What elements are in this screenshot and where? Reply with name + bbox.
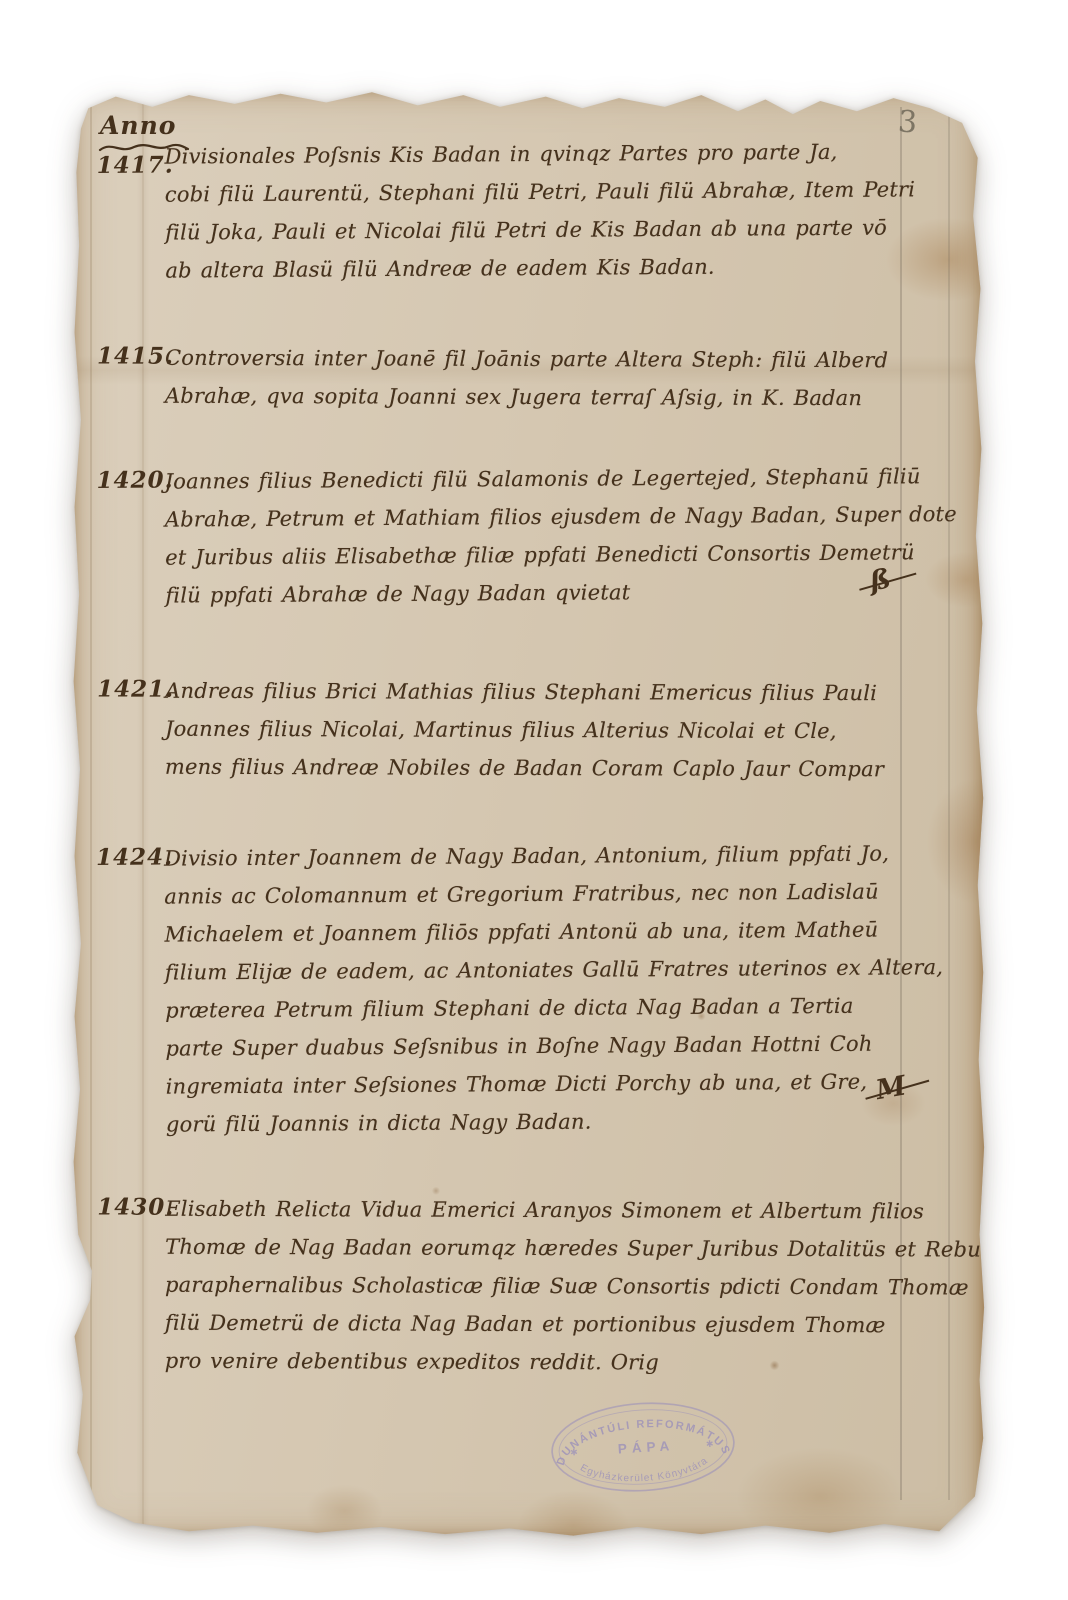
entry-line: præterea Petrum filium Stephani de dicta… [165,986,900,1029]
entry-line: ab altera Blasü filü Andreæ de eadem Kis… [165,246,900,289]
entry-year: 1417. [97,152,174,180]
entry-line: Divisio inter Joannem de Nagy Badan, Ant… [164,834,899,877]
entry-line: Andreas filius Brici Mathias filius Step… [165,672,900,713]
entry-line: Abrahæ, qva sopita Joanni sex Jugera ter… [165,377,900,418]
stamp-middle-text: PÁPA [617,1438,674,1456]
margin-strike-mark: M [874,1071,907,1106]
entry-line: annis ac Colomannum et Gregorium Fratrib… [164,872,899,915]
entry-line: filium Elijæ de eadem, ac Antoniates Gal… [165,948,900,991]
stamp-bottom-text: Egyházkerület Könyvtára [578,1455,712,1488]
register-entry-1424: 1424. Divisio inter Joannem de Nagy Bada… [164,834,901,1143]
register-entry-1415: 1415. Controversia inter Joanē fil Joāni… [165,339,900,418]
fold-crease-line [142,85,144,1540]
entry-line: mens filius Andreæ Nobiles de Badan Cora… [165,748,900,789]
stamp-star-icon: ✱ [570,1447,578,1457]
entry-year: 1420. [97,467,174,495]
register-entry-1421: 1421. Andreas filius Brici Mathias filiu… [165,672,900,789]
paper-surface: 3 Anno 1417. Divisionales Poſsnis Kis Ba… [70,85,985,1540]
entry-line: et Juribus aliis Elisabethæ filiæ ppfati… [165,533,900,576]
entry-line: Thomæ de Nag Badan eorumqz hæredes Super… [165,1228,900,1269]
anno-label: Anno [100,111,176,140]
register-entry-1420: 1420. Joannes filius Benedicti filü Sala… [164,457,900,614]
library-stamp: DUNÁNTÚLI REFORMÁTUS ✱ PÁPA ✱ Egyházkerü… [545,1395,740,1498]
entry-line: filü ppfati Abrahæ de Nagy Badan qvietat [165,571,900,614]
entry-line: Joannes filius Nicolai, Martinus filius … [165,710,900,751]
entry-line: Divisionales Poſsnis Kis Badan in qvinqz… [164,132,899,175]
register-entry-1417: 1417. Divisionales Poſsnis Kis Badan in … [164,132,900,289]
anno-header: Anno [100,111,176,140]
entry-year: 1430. [97,1193,174,1220]
entry-year: 1421. [97,675,174,702]
entry-year: 1424. [96,844,173,872]
svg-text:Egyházkerület Könyvtára: Egyházkerület Könyvtára [578,1455,712,1488]
entry-line: cobi filü Laurentü, Stephani filü Petri,… [165,170,900,213]
entry-line: Elisabeth Relicta Vidua Emerici Aranyos … [165,1190,900,1231]
entry-line: Abrahæ, Petrum et Mathiam filios ejusdem… [165,495,900,538]
entry-line: Controversia inter Joanē fil Joānis part… [165,339,900,380]
left-margin-crease [90,85,92,1540]
entry-line: filü Joka, Pauli et Nicolai filü Petri d… [165,208,900,251]
register-entry-1430: 1430. Elisabeth Relicta Vidua Emerici Ar… [165,1190,901,1383]
entry-line: parte Super duabus Seſsnibus in Boſne Na… [165,1024,900,1067]
manuscript-sheet: 3 Anno 1417. Divisionales Poſsnis Kis Ba… [70,85,985,1540]
entry-line: Michaelem et Joannem filiōs ppfati Anton… [164,910,899,953]
entry-year: 1415. [97,342,174,369]
page-number: 3 [897,104,918,140]
scanned-page: 3 Anno 1417. Divisionales Poſsnis Kis Ba… [0,0,1068,1600]
entry-line: paraphernalibus Scholasticæ filiæ Suæ Co… [165,1266,900,1307]
entry-line: Joannes filius Benedicti filü Salamonis … [164,457,899,500]
entry-line: ingremiata inter Seſsiones Thomæ Dicti P… [166,1062,901,1105]
entry-line: filü Demetrü de dicta Nag Badan et porti… [165,1304,900,1345]
entry-line: pro venire debentibus expeditos reddit. … [165,1342,900,1383]
entry-line: gorü filü Joannis in dicta Nagy Badan. [166,1100,901,1143]
margin-strike-mark: ß [867,563,893,597]
stamp-star-icon: ✱ [706,1439,714,1449]
